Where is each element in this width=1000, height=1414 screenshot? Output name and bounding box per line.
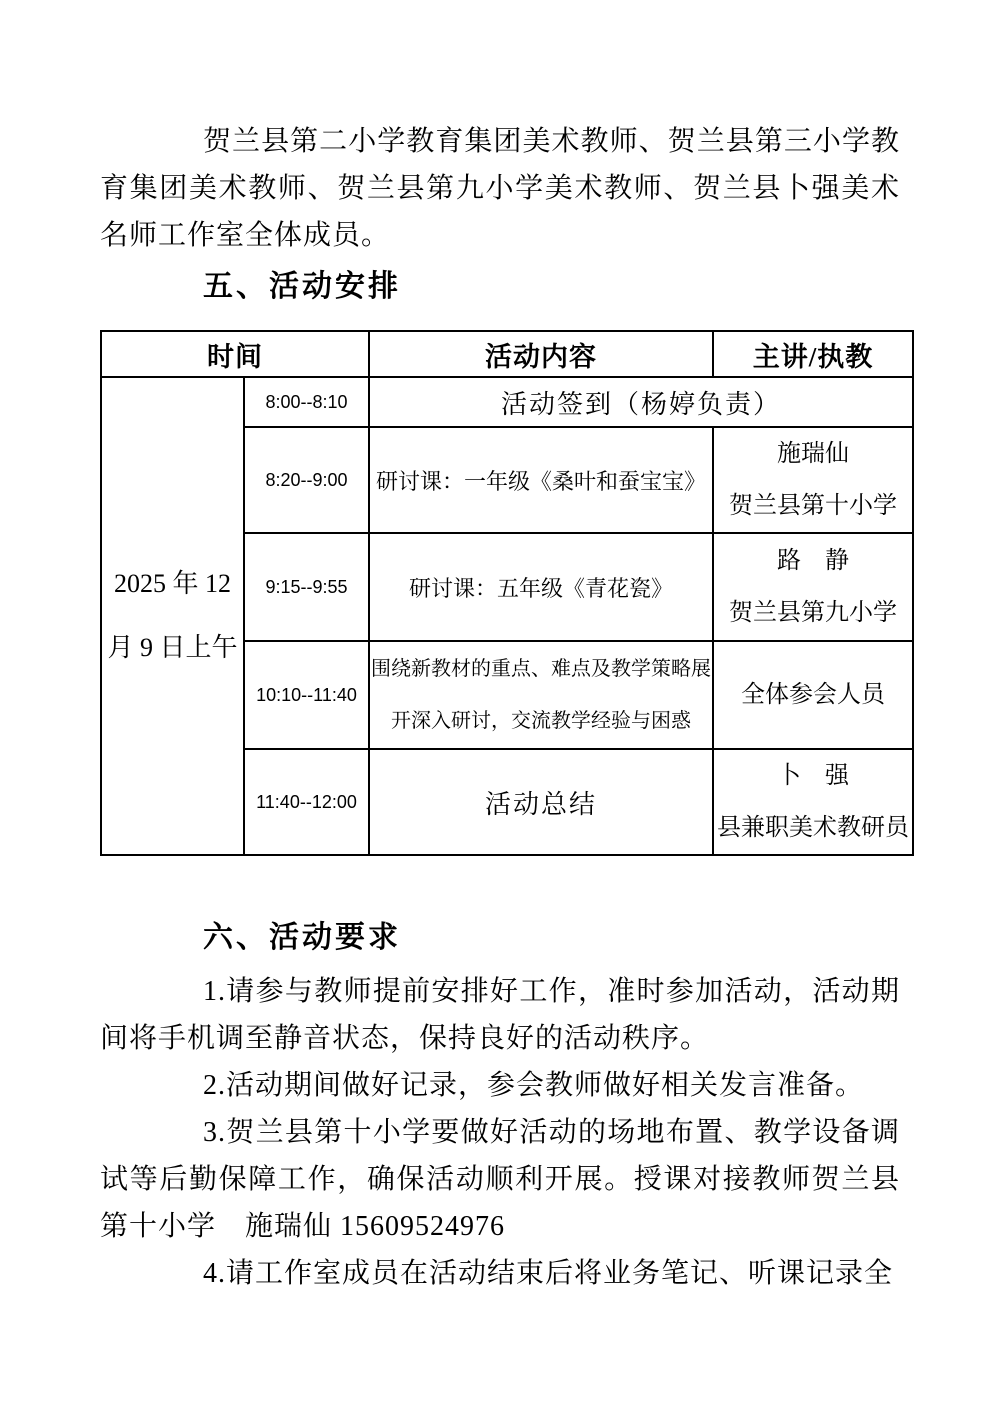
col-header-content: 活动内容 [369, 331, 713, 377]
activity-cell: 围绕新教材的重点、难点及教学策略展 开深入研讨，交流教学经验与困惑 [369, 641, 713, 749]
time-cell: 9:15--9:55 [244, 533, 369, 641]
speaker-name: 全体参会人员 [714, 669, 912, 721]
activity-cell: 研讨课：一年级《桑叶和蚕宝宝》 [369, 427, 713, 533]
document-page: 贺兰县第二小学教育集团美术教师、贺兰县第三小学教育集团美术教师、贺兰县第九小学美… [0, 0, 1000, 1297]
col-header-speaker: 主讲/执教 [713, 331, 913, 377]
section6-heading: 六、活动要求 [100, 920, 900, 956]
speaker-cell: 全体参会人员 [713, 641, 913, 749]
activity-cell: 研讨课：五年级《青花瓷》 [369, 533, 713, 641]
requirement-item-2: 2.活动期间做好记录，参会教师做好相关发言准备。 [100, 1062, 900, 1109]
speaker-org: 贺兰县第九小学 [714, 587, 912, 639]
speaker-org: 贺兰县第十小学 [714, 480, 912, 532]
requirement-item-3: 3.贺兰县第十小学要做好活动的场地布置、教学设备调试等后勤保障工作，确保活动顺利… [100, 1109, 900, 1250]
speaker-cell: 卜 强 县兼职美术教研员 [713, 749, 913, 855]
activity-line1: 围绕新教材的重点、难点及教学策略展 [370, 643, 712, 695]
time-cell: 8:20--9:00 [244, 427, 369, 533]
requirement-item-1: 1.请参与教师提前安排好工作，准时参加活动，活动期间将手机调至静音状态，保持良好… [100, 968, 900, 1062]
activity-cell: 活动总结 [369, 749, 713, 855]
speaker-name: 路 静 [714, 535, 912, 587]
speaker-cell: 施瑞仙 贺兰县第十小学 [713, 427, 913, 533]
table-header-row: 时间 活动内容 主讲/执教 [101, 331, 913, 377]
date-line1: 2025 年 12 [102, 552, 243, 616]
date-line2: 月 9 日上午 [102, 616, 243, 680]
time-cell: 11:40--12:00 [244, 749, 369, 855]
activity-cell: 活动签到（杨婷负责） [369, 377, 913, 427]
speaker-org: 县兼职美术教研员 [714, 802, 912, 854]
date-cell: 2025 年 12 月 9 日上午 [101, 377, 244, 855]
time-cell: 8:00--8:10 [244, 377, 369, 427]
time-cell: 10:10--11:40 [244, 641, 369, 749]
schedule-row-signin: 2025 年 12 月 9 日上午 8:00--8:10 活动签到（杨婷负责） [101, 377, 913, 427]
speaker-cell: 路 静 贺兰县第九小学 [713, 533, 913, 641]
speaker-name: 卜 强 [714, 750, 912, 802]
col-header-time: 时间 [101, 331, 369, 377]
intro-section: 贺兰县第二小学教育集团美术教师、贺兰县第三小学教育集团美术教师、贺兰县第九小学美… [100, 118, 900, 305]
intro-paragraph: 贺兰县第二小学教育集团美术教师、贺兰县第三小学教育集团美术教师、贺兰县第九小学美… [100, 118, 900, 259]
activity-line2: 开深入研讨，交流教学经验与困惑 [370, 695, 712, 747]
section5-heading: 五、活动安排 [100, 269, 900, 305]
speaker-name: 施瑞仙 [714, 428, 912, 480]
schedule-table: 时间 活动内容 主讲/执教 2025 年 12 月 9 日上午 8:00--8:… [100, 330, 914, 856]
requirements-section: 六、活动要求 1.请参与教师提前安排好工作，准时参加活动，活动期间将手机调至静音… [100, 920, 900, 1297]
requirement-item-4: 4.请工作室成员在活动结束后将业务笔记、听课记录全 [100, 1250, 900, 1297]
